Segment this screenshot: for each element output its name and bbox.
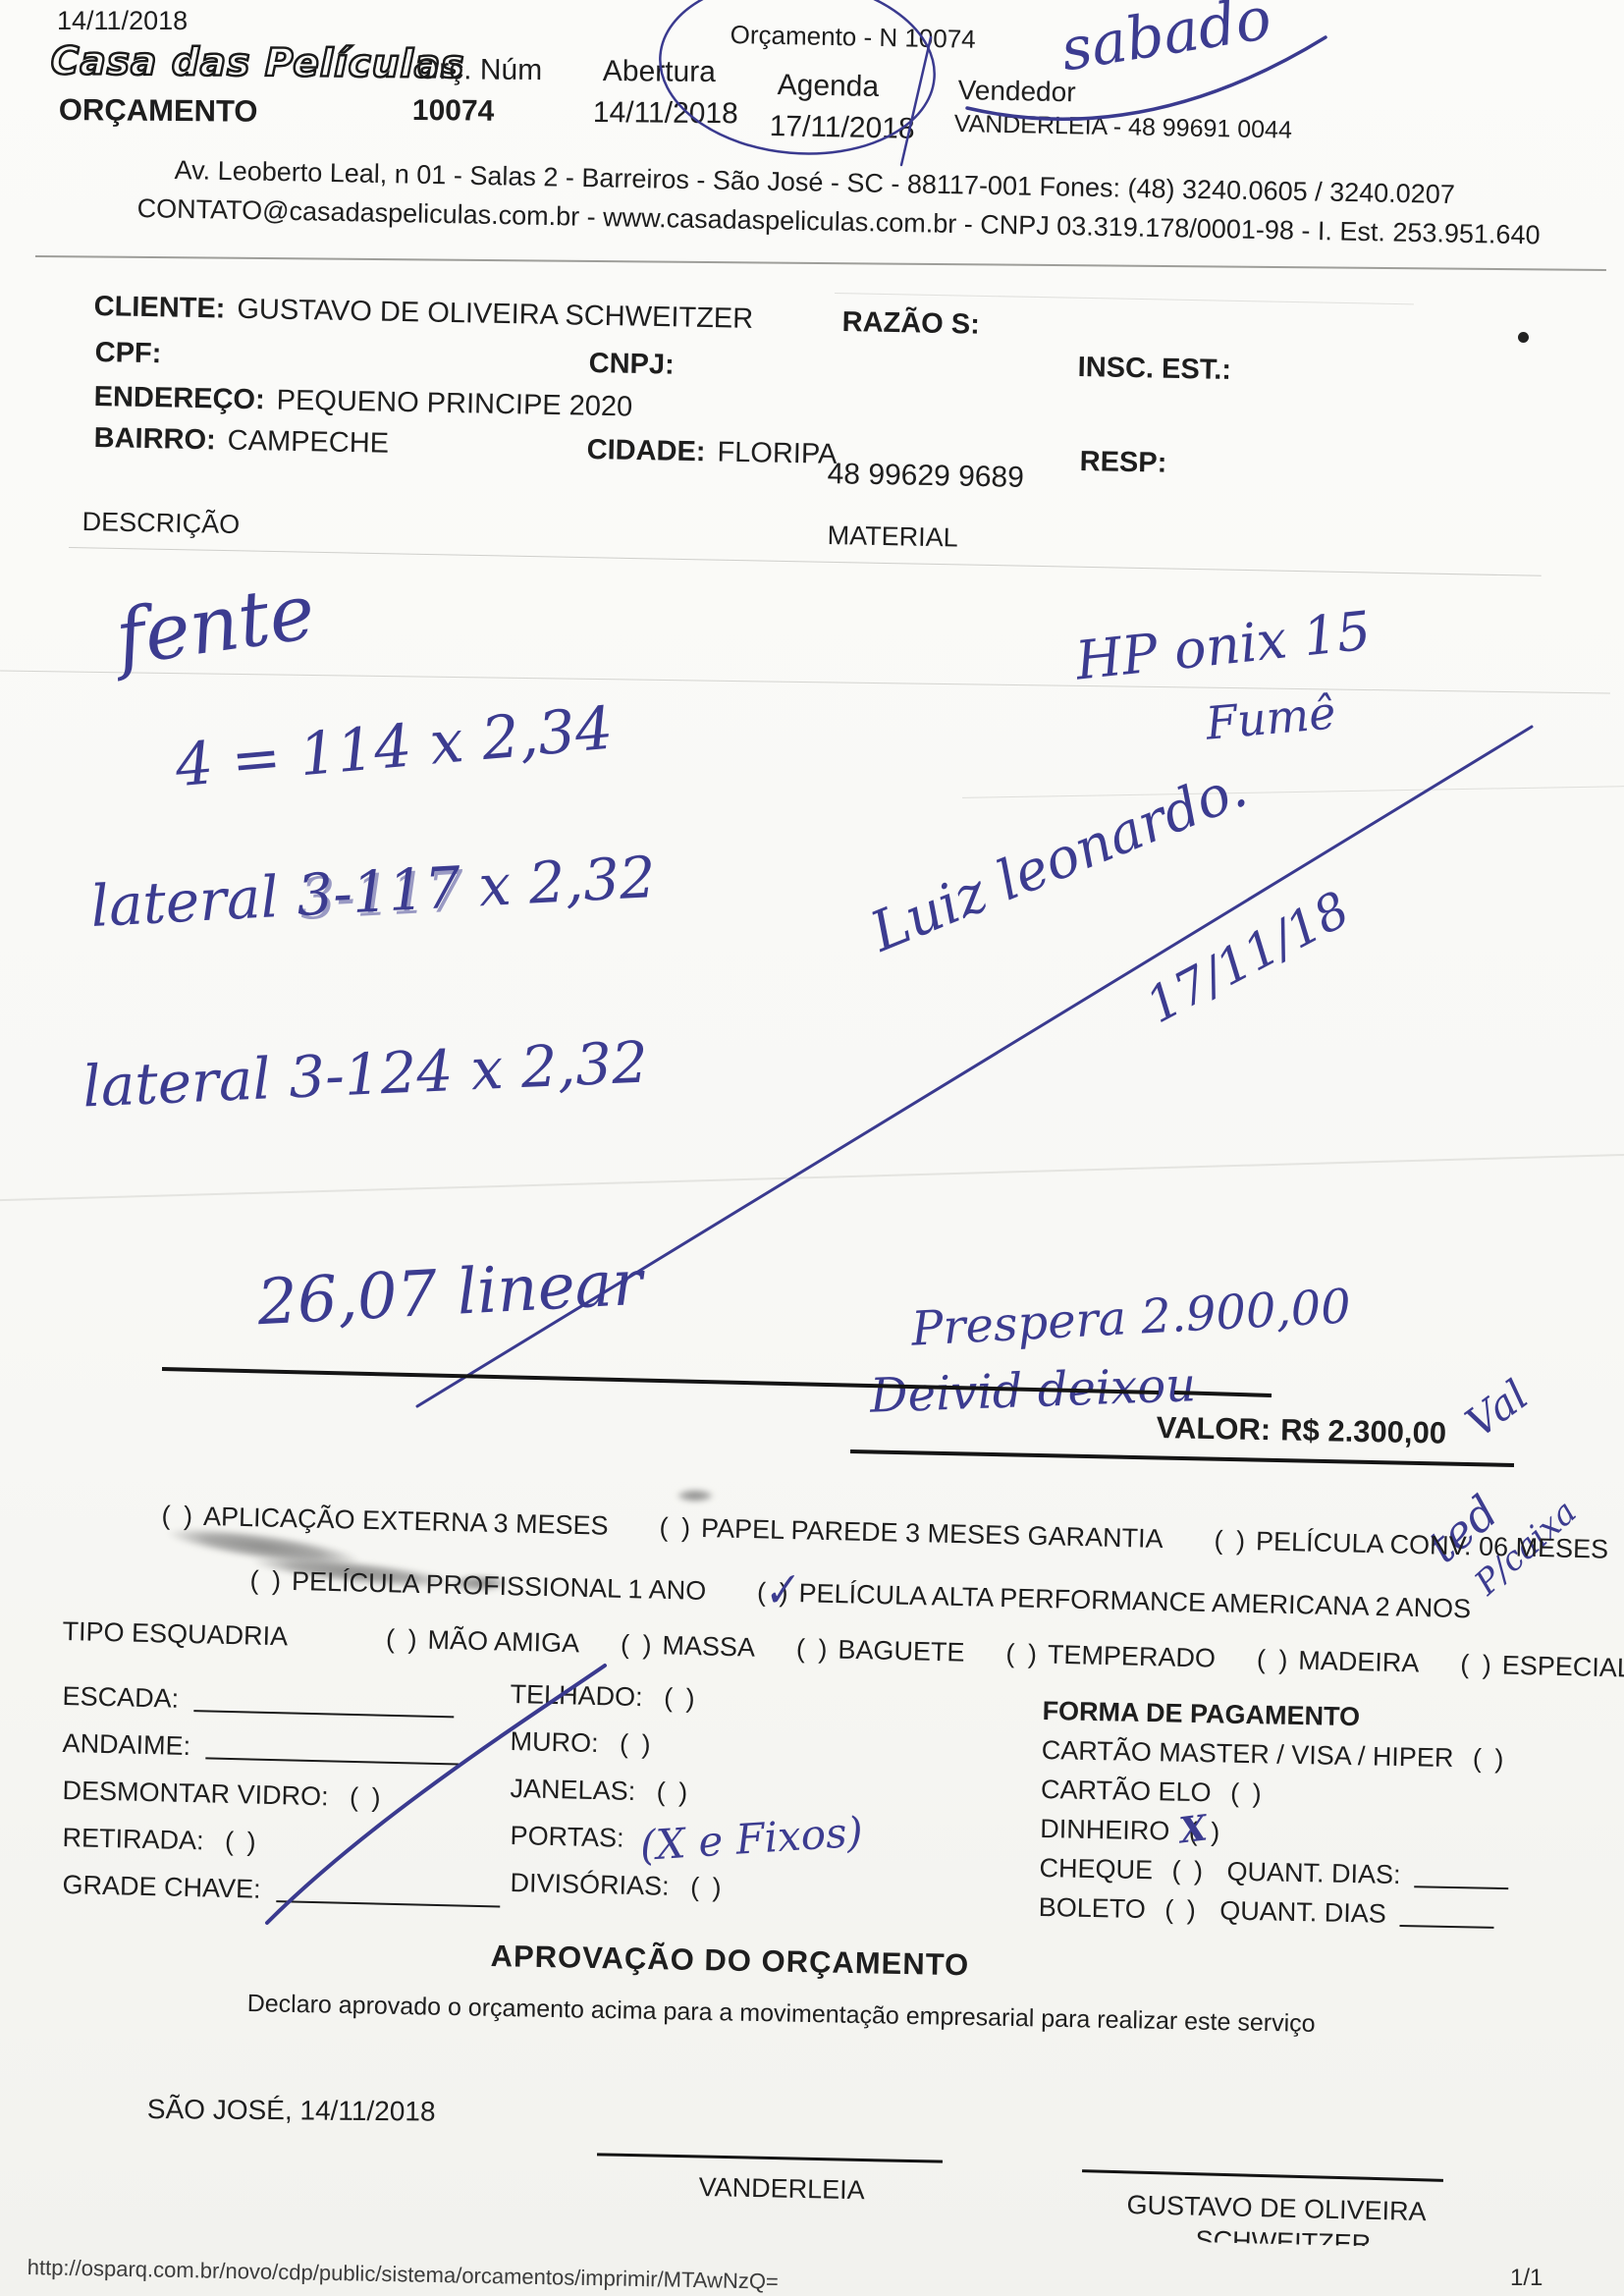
insc-est-label: INSC. EST.:: [1077, 352, 1231, 387]
checkbox-parens: ( ): [1005, 1639, 1040, 1670]
quant-dias-label: QUANT. DIAS:: [1226, 1857, 1401, 1889]
esquadria-option-label: MÃO AMIGA: [427, 1625, 579, 1660]
site-label: ANDAIME:: [62, 1728, 190, 1761]
site-label: TELHADO:: [510, 1679, 643, 1712]
signature-line-client: [1082, 2169, 1443, 2182]
descricao-header: DESCRIÇÃO: [81, 507, 240, 540]
warranty-row-2: ( ) PELÍCULA PROFISSIONAL 1 ANO ( ) ✓ PE…: [249, 1565, 1471, 1624]
esquadria-option-label: MASSA: [662, 1630, 755, 1663]
valor-amount: R$ 2.300,00: [1280, 1412, 1447, 1450]
site-row-grade-chave: GRADE CHAVE:: [62, 1870, 500, 1910]
bairro-value: CAMPECHE: [227, 425, 389, 461]
fill-in-line: [205, 1756, 459, 1765]
ink-smudge: [676, 1489, 715, 1503]
checkbox-parens: ( ): [1257, 1645, 1291, 1676]
hw-material-line2: Fumê: [1204, 685, 1338, 749]
print-date: 14/11/2018: [57, 6, 188, 36]
checkbox-parens: ( ): [664, 1683, 698, 1714]
page-number: 1/1: [1510, 2265, 1543, 2292]
bairro-row: BAIRRO: CAMPECHE: [93, 422, 389, 461]
fill-in-line: [1414, 1885, 1508, 1889]
company-logo: Casa das Películas: [51, 39, 465, 87]
site-row-telhado: TELHADO: ( ): [510, 1679, 698, 1714]
scanned-budget-document: 14/11/2018 Casa das Películas ORÇAMENTO …: [0, 0, 1624, 2296]
payment-label: CARTÃO MASTER / VISA / HIPER: [1042, 1735, 1454, 1773]
hw-lateral1-dimension: x 2,32: [477, 844, 658, 919]
cliente-value: GUSTAVO DE OLIVEIRA SCHWEITZER: [237, 294, 753, 336]
checkbox-parens: ( ): [1214, 1525, 1248, 1557]
checkbox-parens: ( ): [1230, 1778, 1265, 1809]
site-label: RETIRADA:: [62, 1823, 204, 1855]
faint-crease-2: [0, 1153, 1624, 1201]
site-label: ESCADA:: [62, 1681, 179, 1714]
faint-rule-right: [835, 293, 1414, 304]
site-row-portas: PORTAS: (X e Fixos): [510, 1821, 624, 1854]
esquadria-option-label: MADEIRA: [1298, 1646, 1420, 1679]
print-footer-url: http://osparq.com.br/novo/cdp/public/sis…: [27, 2255, 780, 2295]
handwritten-check-mark: ✓: [757, 1563, 802, 1619]
endereco-row: ENDEREÇO: PEQUENO PRINCIPE 2020: [93, 381, 632, 424]
faint-rule-2: [0, 671, 1610, 694]
client-phone: 48 99629 9689: [827, 458, 1024, 495]
cpf-label: CPF:: [94, 337, 161, 370]
checkbox-parens: ( ): [659, 1512, 693, 1544]
site-row-janelas: JANELAS: ( ): [510, 1774, 690, 1808]
esquadria-option-label: BAGUETE: [838, 1635, 965, 1668]
esquadria-option-label: ESPECIAL: [1501, 1651, 1624, 1684]
warranty-option-papel-parede: ( ) PAPEL PAREDE 3 MESES GARANTIA: [659, 1512, 1164, 1555]
cidade-row: CIDADE: FLORIPA: [586, 434, 837, 471]
agenda-date: 17/11/2018: [769, 110, 915, 146]
hw-front-word: fente: [111, 568, 320, 683]
stamp-orcamento-number: Orçamento - N 10074: [730, 20, 976, 55]
valor-underline-black: [850, 1451, 1514, 1465]
valor-label: VALOR:: [1156, 1410, 1271, 1448]
warranty-option-label: PELÍCULA PROFISSIONAL 1 ANO: [292, 1566, 707, 1607]
signature-name-client-line1: GUSTAVO DE OLIVEIRA: [1126, 2190, 1427, 2227]
payment-label: DINHEIRO: [1040, 1814, 1170, 1846]
cliente-row: CLIENTE: GUSTAVO DE OLIVEIRA SCHWEITZER: [93, 291, 753, 336]
hw-deposit-note: Deivid deixou: [869, 1357, 1197, 1424]
cnpj-label: CNPJ:: [588, 348, 675, 382]
hw-lateral1-number: 3-117: [295, 853, 462, 929]
hw-front-measure: 4 = 114 x 2,34: [173, 694, 616, 801]
signature-name-vendor: VANDERLEIA: [698, 2172, 865, 2206]
checkbox-parens: ( ): [690, 1872, 725, 1902]
hw-margin-note-1: Val: [1457, 1371, 1537, 1448]
hw-lateral-1: lateral 3-117 x 2,32: [89, 844, 658, 940]
hw-lateral-2: lateral 3-124 x 2,32: [81, 1028, 649, 1120]
fill-in-line: [276, 1899, 500, 1907]
payment-block: FORMA DE PAGAMENTO CARTÃO MASTER / VISA …: [1038, 1691, 1511, 1936]
payment-row-boleto: BOLETO ( ) QUANT. DIAS: [1038, 1887, 1507, 1936]
checkbox-parens: ( ): [350, 1782, 384, 1813]
hw-lateral1-word: lateral: [89, 863, 281, 940]
cliente-label: CLIENTE:: [93, 291, 225, 326]
signature-line-vendor: [597, 2153, 943, 2162]
site-label: MURO:: [510, 1726, 599, 1758]
esquadria-option-massa: ( ) MASSA: [621, 1629, 756, 1663]
esquadria-option-temperado: ( ) TEMPERADO: [1005, 1639, 1216, 1674]
cidade-label: CIDADE:: [586, 434, 705, 468]
checkbox-parens: ( ): [620, 1729, 654, 1760]
site-row-divisorias: DIVISÓRIAS: ( ): [510, 1868, 725, 1903]
hw-portas-note: (X e Fixos): [638, 1808, 864, 1870]
warranty-option-profissional: ( ) PELÍCULA PROFISSIONAL 1 ANO: [249, 1565, 706, 1607]
site-label: JANELAS:: [510, 1774, 635, 1806]
esquadria-label: TIPO ESQUADRIA: [62, 1616, 288, 1652]
checkbox-parens: ( ): [386, 1624, 420, 1656]
doc-type-title: ORÇAMENTO: [59, 92, 258, 130]
hw-linear-total: 26,07 linear: [255, 1247, 644, 1339]
site-row-andaime: ANDAIME:: [62, 1728, 460, 1769]
checkbox-parens: ( ): [1171, 1856, 1206, 1886]
esquadria-option-madeira: ( ) MADEIRA: [1257, 1645, 1420, 1679]
payment-label: CARTÃO ELO: [1041, 1775, 1212, 1807]
approval-title: APROVAÇÃO DO ORÇAMENTO: [490, 1939, 969, 1983]
payment-label: BOLETO: [1038, 1892, 1146, 1924]
material-header: MATERIAL: [827, 520, 958, 554]
approval-city-date: SÃO JOSÉ, 14/11/2018: [147, 2094, 436, 2128]
esquadria-option-mao-amiga: ( ) MÃO AMIGA: [386, 1624, 580, 1660]
payment-label: CHEQUE: [1039, 1853, 1153, 1885]
checkbox-parens: ( ): [656, 1777, 690, 1808]
bairro-label: BAIRRO:: [93, 422, 216, 457]
checkbox-parens: ( ): [225, 1827, 259, 1857]
checkbox-parens: ( ): [1460, 1650, 1494, 1681]
site-label: PORTAS:: [510, 1821, 624, 1853]
site-label: DIVISÓRIAS:: [510, 1868, 670, 1901]
quant-dias-label: QUANT. DIAS: [1219, 1896, 1386, 1929]
checkbox-parens: ( ): [1164, 1894, 1199, 1925]
checkbox-parens: ( ): [249, 1565, 284, 1597]
site-row-muro: MURO: ( ): [510, 1726, 654, 1760]
hw-signature-date: 17/11/18: [1137, 881, 1359, 1035]
hw-material-line1: HP onix 15: [1073, 599, 1374, 691]
razao-label: RAZÃO S:: [841, 306, 980, 342]
fill-in-line: [193, 1709, 454, 1718]
vendedor-value: VANDERLEIA - 48 99691 0044: [953, 110, 1292, 145]
abertura-date: 14/11/2018: [593, 96, 738, 131]
esquadria-option-especial: ( ) ESPECIAL: [1460, 1650, 1624, 1684]
signature-name-client-line2-clipped: SCHWEITZER: [1196, 2225, 1372, 2246]
site-row-escada: ESCADA:: [62, 1681, 455, 1721]
endereco-label: ENDEREÇO:: [93, 381, 265, 416]
site-row-desmontar-vidro: DESMONTAR VIDRO: ( ): [62, 1776, 384, 1814]
vendedor-label: Vendedor: [957, 75, 1075, 108]
valor-row: VALOR: R$ 2.300,00: [1156, 1410, 1446, 1451]
esquadria-option-label: TEMPERADO: [1048, 1640, 1217, 1674]
warranty-option-alta-performance: ( ) ✓ PELÍCULA ALTA PERFORMANCE AMERICAN…: [757, 1577, 1472, 1624]
header-separator-line: [35, 255, 1606, 271]
orc-num-label: Orç. Núm: [416, 53, 543, 87]
handwritten-x-mark: X: [1177, 1808, 1210, 1850]
resp-label: RESP:: [1079, 446, 1166, 480]
checkbox-parens: ( ): [621, 1629, 655, 1661]
hw-price-note: Prespera 2.900,00: [910, 1279, 1352, 1356]
abertura-label: Abertura: [603, 55, 716, 89]
site-label: DESMONTAR VIDRO:: [62, 1776, 329, 1811]
warranty-option-label: PAPEL PAREDE 3 MESES GARANTIA: [701, 1513, 1164, 1555]
endereco-value: PEQUENO PRINCIPE 2020: [276, 385, 632, 424]
faint-crease-1: [962, 786, 1624, 798]
warranty-option-label: PELÍCULA ALTA PERFORMANCE AMERICANA 2 AN…: [798, 1578, 1471, 1624]
site-label: GRADE CHAVE:: [62, 1870, 261, 1904]
site-row-retirada: RETIRADA: ( ): [62, 1823, 259, 1858]
checkbox-parens: ( ): [1473, 1743, 1507, 1774]
esquadria-row: TIPO ESQUADRIA ( ) MÃO AMIGA ( ) MASSA (…: [62, 1616, 1624, 1684]
orc-num-value: 10074: [412, 94, 495, 129]
esquadria-option-baguete: ( ) BAGUETE: [796, 1634, 965, 1668]
fill-in-line: [1399, 1924, 1493, 1929]
checkbox-parens: ( ): [796, 1634, 831, 1666]
agenda-label: Agenda: [777, 69, 879, 104]
approval-declaration: Declaro aprovado o orçamento acima para …: [246, 1990, 1315, 2039]
hw-signature-luiz: Luiz leonardo.: [862, 756, 1256, 964]
handwritten-weekday-note: sabado: [1056, 0, 1276, 84]
warranty-row-1: ( ) APLICAÇÃO EXTERNA 3 MESES ( ) PAPEL …: [161, 1501, 1608, 1565]
ink-dot: [1518, 332, 1529, 343]
cidade-value: FLORIPA: [717, 437, 838, 471]
